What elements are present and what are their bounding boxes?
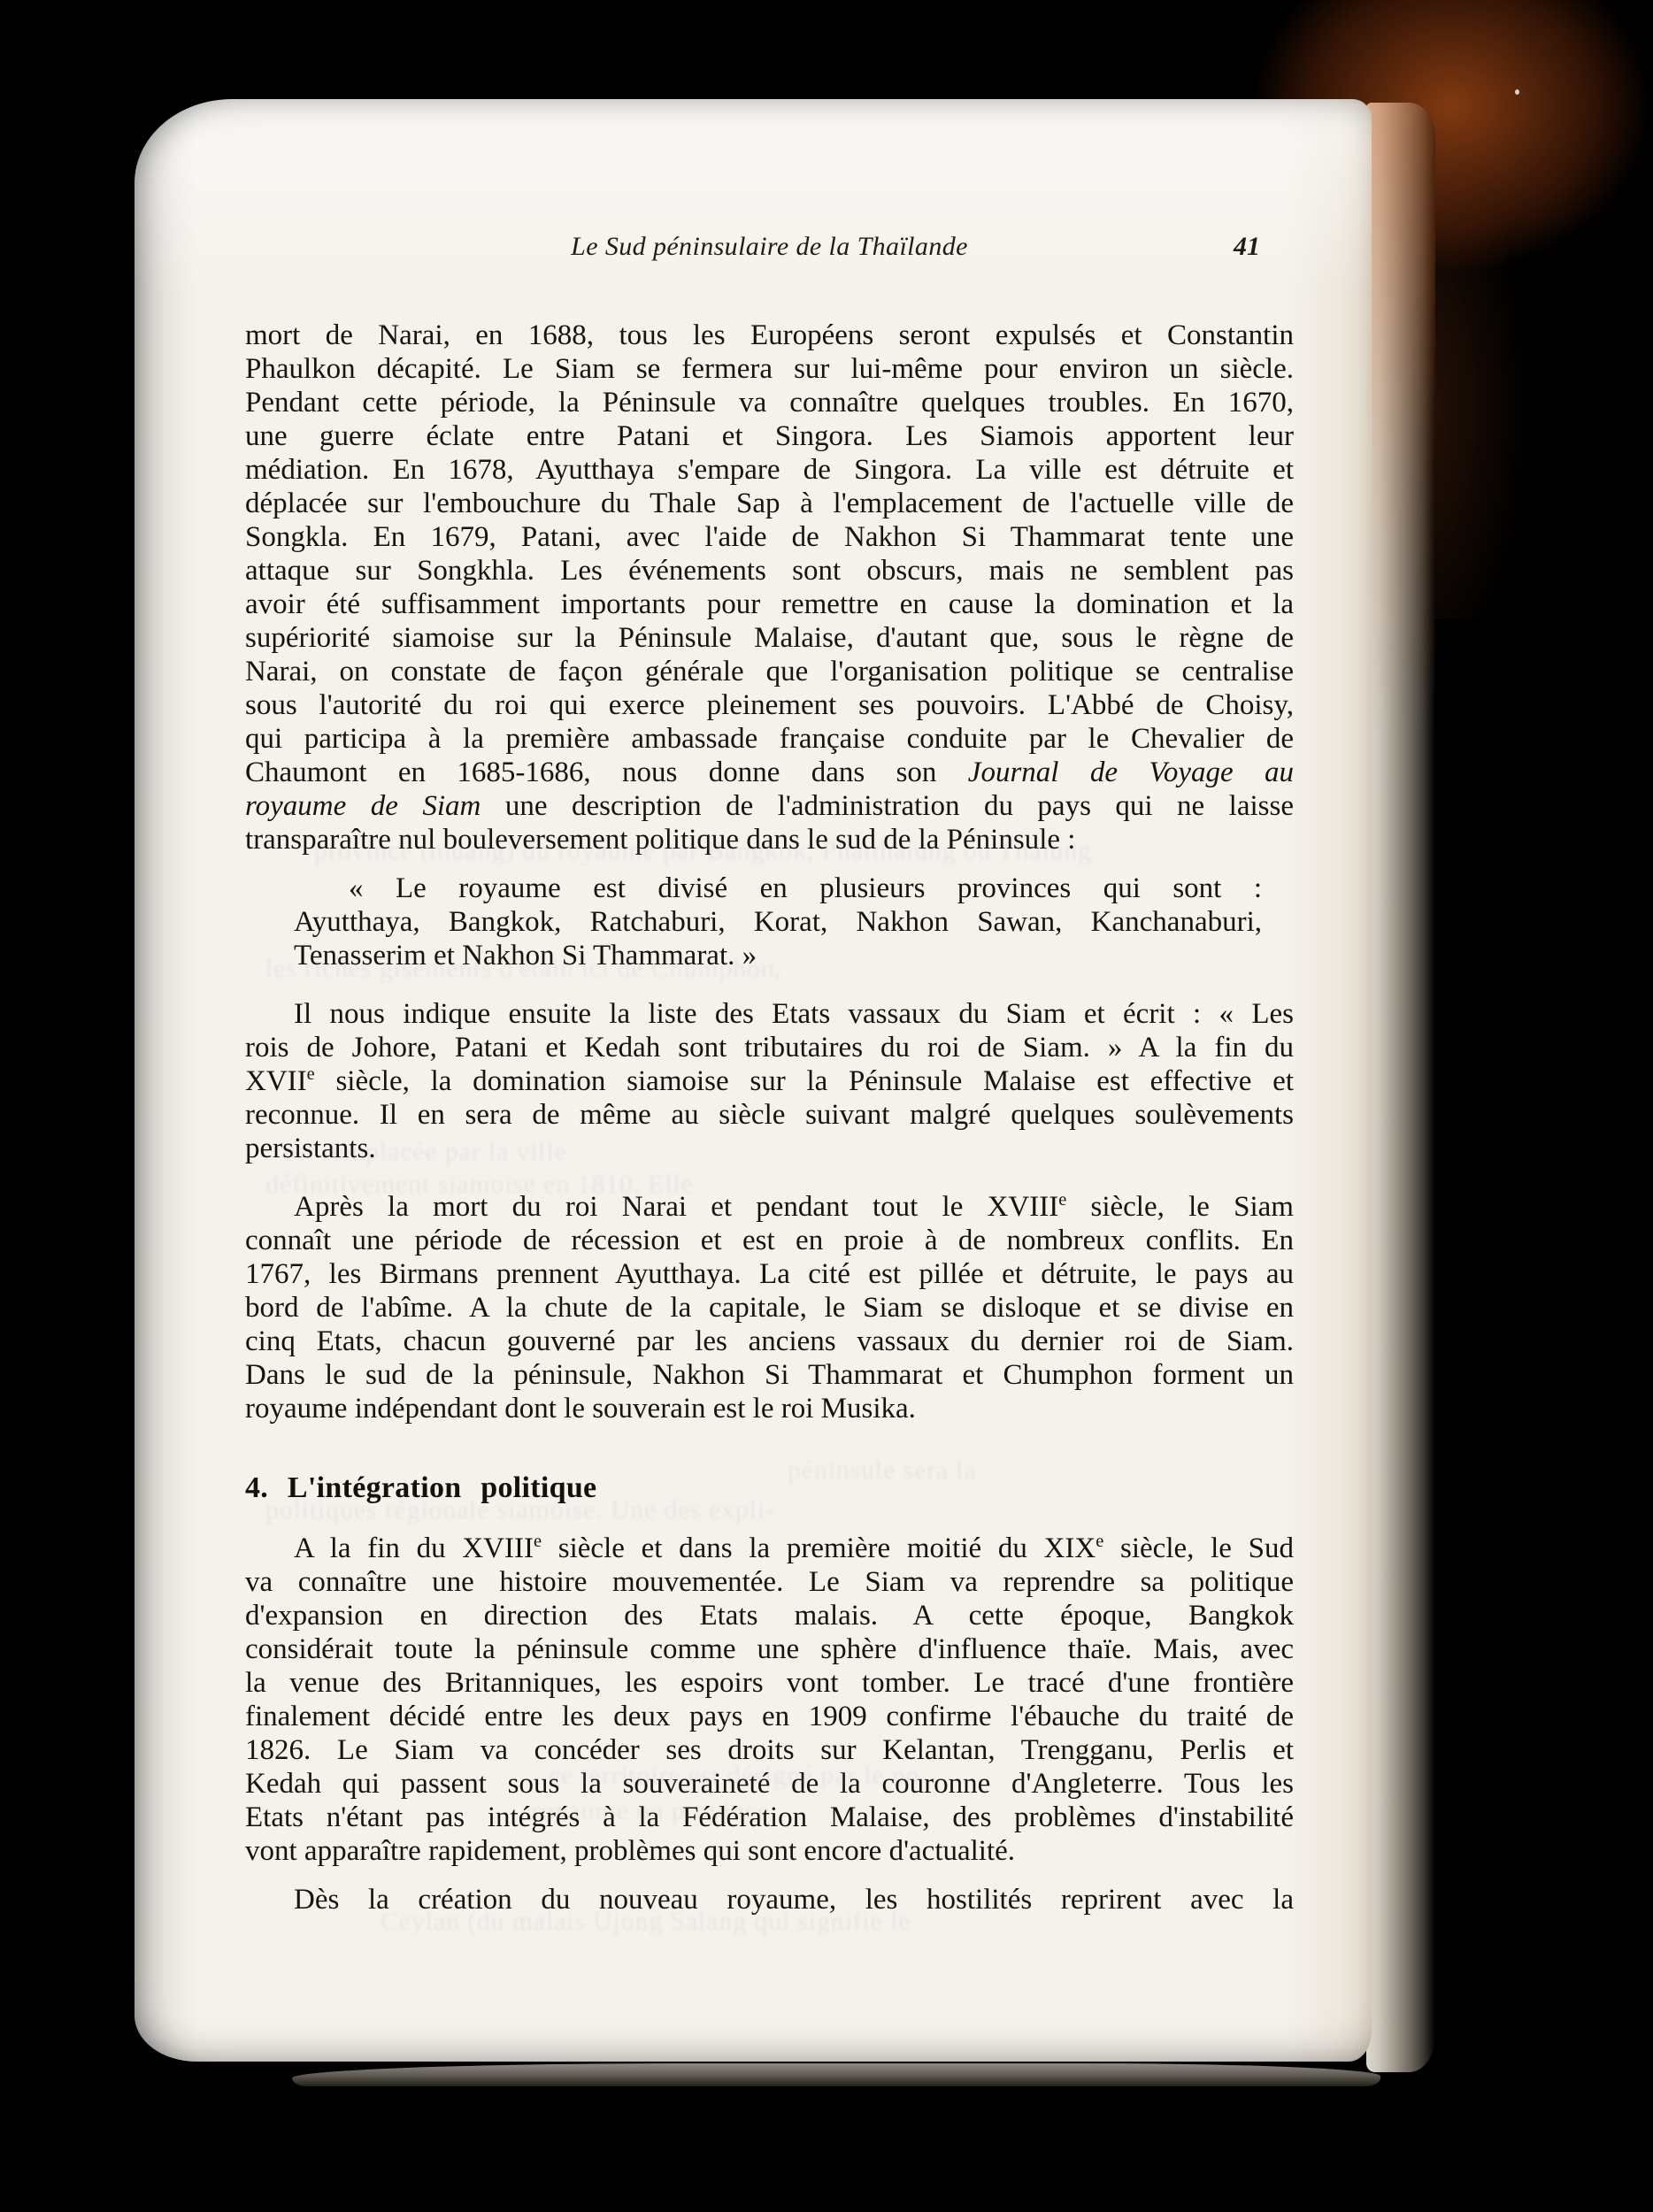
text-line: Ayutthaya, Bangkok, Ratchaburi, Korat, N… — [294, 905, 1262, 939]
text-line: sous l'autorité du roi qui exerce pleine… — [245, 688, 1294, 722]
text-line: 1826. Le Siam va concéder ses droits sur… — [245, 1733, 1294, 1767]
paragraph: « Le royaume est divisé en plusieurs pro… — [294, 872, 1262, 972]
text-line: supériorité siamoise sur la Péninsule Ma… — [245, 621, 1294, 655]
text-line: attaque sur Songkhla. Les événements son… — [245, 554, 1294, 588]
text-line: Tenasserim et Nakhon Si Thammarat. » — [294, 939, 1262, 972]
text-line: Pendant cette période, la Péninsule va c… — [245, 386, 1294, 419]
text-line: Il nous indique ensuite la liste des Eta… — [245, 997, 1294, 1031]
paragraph: Dès la création du nouveau royaume, les … — [245, 1883, 1294, 1916]
text-column: mort de Narai, en 1688, tous les Europée… — [245, 319, 1294, 1916]
text-line: finalement décidé entre les deux pays en… — [245, 1700, 1294, 1733]
text-line: Etats n'étant pas intégrés à la Fédérati… — [245, 1801, 1294, 1834]
page-number: 41 — [1234, 232, 1260, 262]
text-line: reconnue. Il en sera de même au siècle s… — [245, 1098, 1294, 1132]
page-edges-stack — [1366, 103, 1435, 2072]
text-line: déplacée sur l'embouchure du Thale Sap à… — [245, 487, 1294, 520]
text-line: Après la mort du roi Narai et pendant to… — [245, 1190, 1294, 1224]
text-line: bord de l'abîme. A la chute de la capita… — [245, 1291, 1294, 1325]
text-line: persistants. — [245, 1132, 1294, 1165]
text-line: « Le royaume est divisé en plusieurs pro… — [294, 872, 1262, 905]
book-page: Le Sud péninsulaire de la Thaïlande 41 m… — [135, 99, 1372, 2062]
text-line: cinq Etats, chacun gouverné par les anci… — [245, 1325, 1294, 1358]
running-header: Le Sud péninsulaire de la Thaïlande 41 — [245, 232, 1294, 271]
text-line: royaume indépendant dont le souverain es… — [245, 1392, 1294, 1425]
running-title: Le Sud péninsulaire de la Thaïlande — [245, 232, 1294, 262]
paragraph: Après la mort du roi Narai et pendant to… — [245, 1190, 1294, 1425]
text-line: va connaître une histoire mouvementée. L… — [245, 1565, 1294, 1599]
text-line: qui participa à la première ambassade fr… — [245, 722, 1294, 756]
book-page-photo: Le Sud péninsulaire de la Thaïlande 41 m… — [0, 0, 1653, 2212]
dust-speck — [1515, 89, 1519, 95]
text-line: une guerre éclate entre Patani et Singor… — [245, 419, 1294, 453]
text-line: considérait toute la péninsule comme une… — [245, 1632, 1294, 1666]
text-line: vont apparaître rapidement, problèmes qu… — [245, 1834, 1294, 1868]
text-line: Chaumont en 1685-1686, nous donne dans s… — [245, 756, 1294, 789]
text-line: Dans le sud de la péninsule, Nakhon Si T… — [245, 1358, 1294, 1392]
paragraph: A la fin du XVIIIe siècle et dans la pre… — [245, 1532, 1294, 1868]
text-line: royaume de Siam une description de l'adm… — [245, 789, 1294, 823]
text-line: avoir été suffisamment importants pour r… — [245, 588, 1294, 621]
text-line: Songkla. En 1679, Patani, avec l'aide de… — [245, 520, 1294, 554]
text-line: mort de Narai, en 1688, tous les Europée… — [245, 319, 1294, 352]
text-line: 1767, les Birmans prennent Ayutthaya. La… — [245, 1257, 1294, 1291]
bottom-page-edge — [292, 2063, 1380, 2086]
text-line: Narai, on constate de façon générale que… — [245, 655, 1294, 688]
text-line: rois de Johore, Patani et Kedah sont tri… — [245, 1031, 1294, 1064]
text-line: transparaître nul bouleversement politiq… — [245, 823, 1294, 856]
text-line: connaît une période de récession et est … — [245, 1224, 1294, 1257]
text-line: Kedah qui passent sous la souveraineté d… — [245, 1767, 1294, 1801]
paragraph: mort de Narai, en 1688, tous les Europée… — [245, 319, 1294, 856]
text-line: d'expansion en direction des Etats malai… — [245, 1599, 1294, 1632]
text-line: médiation. En 1678, Ayutthaya s'empare d… — [245, 453, 1294, 487]
text-line: XVIIe siècle, la domination siamoise sur… — [245, 1064, 1294, 1098]
text-line: A la fin du XVIIIe siècle et dans la pre… — [245, 1532, 1294, 1565]
section-heading: 4. L'intégration politique — [245, 1471, 1294, 1505]
text-line: Phaulkon décapité. Le Siam se fermera su… — [245, 352, 1294, 386]
text-line: la venue des Britanniques, les espoirs v… — [245, 1666, 1294, 1700]
text-line: Dès la création du nouveau royaume, les … — [245, 1883, 1294, 1916]
paragraph: Il nous indique ensuite la liste des Eta… — [245, 997, 1294, 1165]
